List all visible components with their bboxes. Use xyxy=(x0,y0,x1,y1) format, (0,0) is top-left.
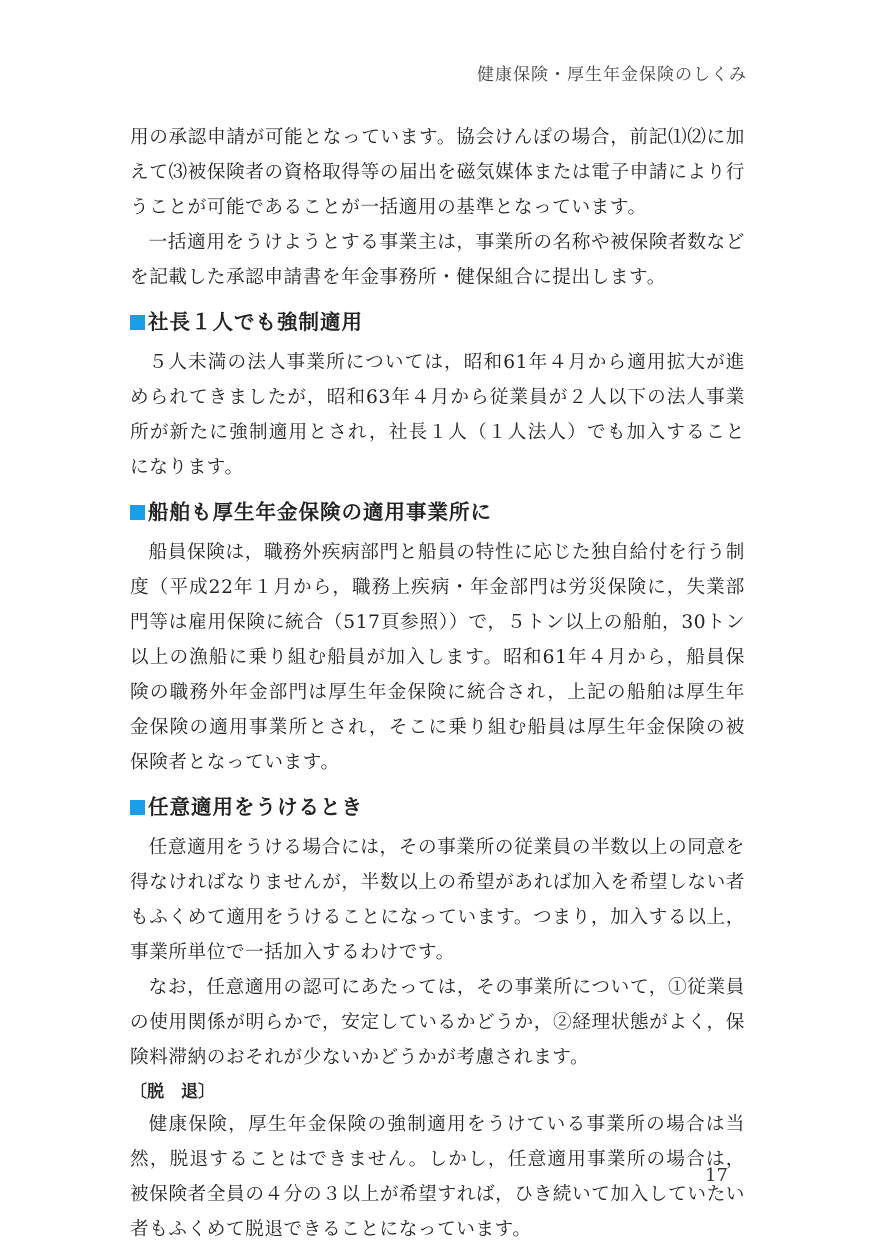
section-heading-text: 社長１人でも強制適用 xyxy=(148,305,363,339)
blue-square-marker-icon xyxy=(130,800,145,815)
intro-paragraph-2: 一括適用をうけようとする事業主は，事業所の名称や被保険者数などを記載した承認申請… xyxy=(130,225,745,295)
section-ships: 船舶も厚生年金保険の適用事業所に 船員保険は，職務外疾病部門と船員の特性に応じた… xyxy=(130,495,745,780)
section-heading-text: 任意適用をうけるとき xyxy=(148,790,363,824)
section-heading: 船舶も厚生年金保険の適用事業所に xyxy=(130,495,745,529)
subsection-paragraph: 健康保険，厚生年金保険の強制適用をうけている事業所の場合は当然，脱退することはで… xyxy=(130,1107,745,1240)
section-paragraph: ５人未満の法人事業所については，昭和61年４月から適用拡大が進められてきましたが… xyxy=(130,345,745,485)
section-voluntary-application: 任意適用をうけるとき 任意適用をうける場合には，その事業所の従業員の半数以上の同… xyxy=(130,790,745,1240)
section-paragraph: なお，任意適用の認可にあたっては，その事業所について，①従業員の使用関係が明らか… xyxy=(130,970,745,1075)
section-heading: 社長１人でも強制適用 xyxy=(130,305,745,339)
blue-square-marker-icon xyxy=(130,505,145,520)
running-header-title: 健康保険・厚生年金保険のしくみ xyxy=(477,60,747,85)
blue-square-marker-icon xyxy=(130,315,145,330)
section-paragraph: 船員保険は，職務外疾病部門と船員の特性に応じた独自給付を行う制度（平成22年１月… xyxy=(130,535,745,780)
section-paragraph: 任意適用をうける場合には，その事業所の従業員の半数以上の同意を得なければなりませ… xyxy=(130,830,745,970)
section-heading-text: 船舶も厚生年金保険の適用事業所に xyxy=(148,495,492,529)
page-body: 用の承認申請が可能となっています。協会けんぽの場合，前記⑴⑵に加えて⑶被保険者の… xyxy=(130,120,745,1240)
subsection-heading-withdrawal: 〔脱 退〕 xyxy=(130,1077,745,1107)
section-heading: 任意適用をうけるとき xyxy=(130,790,745,824)
page-number: 17 xyxy=(705,1165,728,1186)
intro-paragraph-1: 用の承認申請が可能となっています。協会けんぽの場合，前記⑴⑵に加えて⑶被保険者の… xyxy=(130,120,745,225)
section-ceo-compulsory: 社長１人でも強制適用 ５人未満の法人事業所については，昭和61年４月から適用拡大… xyxy=(130,305,745,485)
